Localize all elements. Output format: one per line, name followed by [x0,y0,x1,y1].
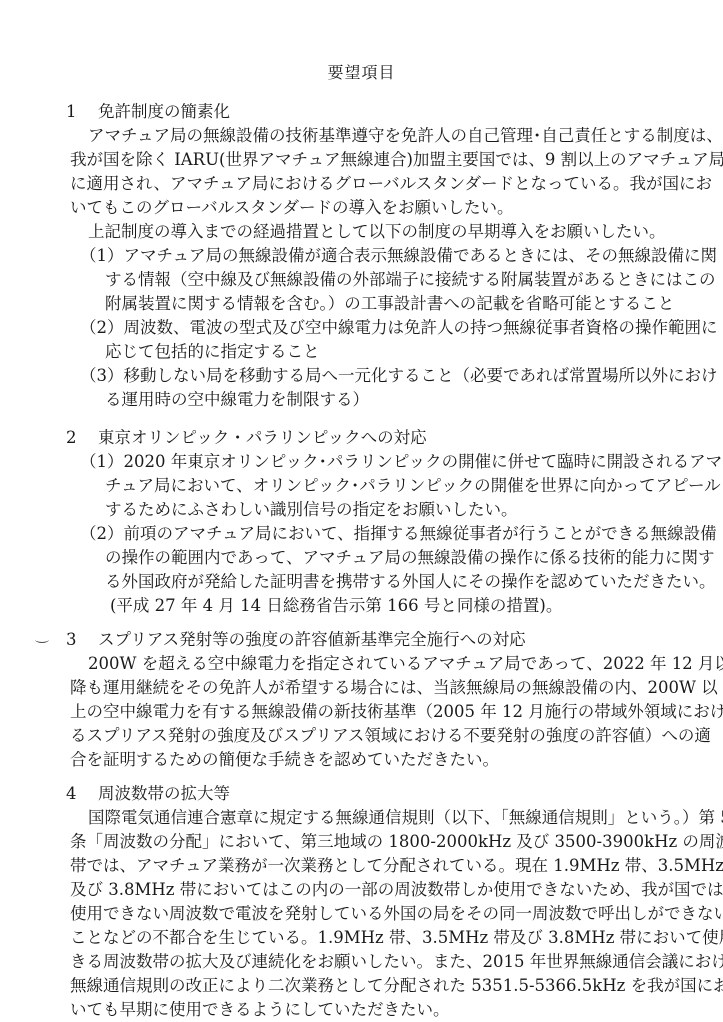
section-title: 周波数帯の拡大等 [98,784,230,803]
paragraph-line: 条「周波数の分配」において、第三地域の 1800-2000kHz 及び 3500… [70,832,723,852]
scan-speck [240,1004,242,1006]
section-heading-2: 2東京オリンピック・パラリンピックへの対応 [66,428,427,448]
list-item-line: る運用時の空中線電力を制限する） [105,390,369,410]
section-title: 免許制度の簡素化 [98,102,230,121]
paragraph-line: ことなどの不都合を生じている。1.9MHz 帯、3.5MHz 帯及び 3.8MH… [70,928,723,948]
paragraph-line: 降も運用継続をその免許人が希望する場合には、当該無線局の無線設備の内、200W … [70,678,718,698]
list-item-line: （1）アマチュア局の無線設備が適合表示無線設備であるときには、その無線設備に関 [80,246,717,266]
paragraph-line: 無線通信規則の改正により二次業務として分配された 5351.5-5366.5kH… [70,976,723,996]
section-number: 1 [66,102,98,122]
section-heading-1: 1免許制度の簡素化 [66,102,230,122]
paragraph-line: 使用できない周波数で電波を発射している外国の局をその同一周波数で呼出しができない [70,904,723,924]
paragraph-line: 合を証明するための簡便な手続きを認めていただきたい。 [70,750,499,770]
paragraph-line: 200W を超える空中線電力を指定されているアマチュア局であって、2022 年 … [88,654,723,674]
paragraph-line: るスプリアス発射の強度及びスプリアス領域における不要発射の強度の許容値）への適 [70,726,711,746]
section-heading-4: 4周波数帯の拡大等 [66,784,230,804]
page-title: 要望項目 [0,60,723,83]
list-item-line: （2）前項のアマチュア局において、指揮する無線従事者が行うことができる無線設備 [80,524,717,544]
paragraph-line: 上記制度の導入までの経過措置として以下の制度の早期導入をお願いしたい。 [88,222,666,242]
list-item-line: 応じて包括的に指定すること [105,342,320,362]
paragraph-line: いても早期に使用できるようにしていただきたい。 [70,1000,450,1020]
document-page: 要望項目 1免許制度の簡素化 アマチュア局の無線設備の技術基準遵守を免許人の自己… [0,0,723,1022]
paragraph-line: 帯では、アマチュア業務が一次業務として分配されている。現在 1.9MHz 帯、3… [70,856,723,876]
paragraph-line: 我が国を除く IARU(世界アマチュア無線連合)加盟主要国では、9 割以上のアマ… [70,150,723,170]
section-title: スプリアス発射等の強度の許容値新基準完全施行への対応 [98,630,526,649]
list-item-line: （3）移動しない局を移動する局へ一元化すること（必要であれば常置場所以外におけ [80,366,718,386]
paragraph-line: に適用され、アマチュア局におけるグローバルスタンダードとなっている。我が国にお [70,174,712,194]
list-item-line: の操作の範囲内であって、アマチュア局の無線設備の操作に係る技術的能力に関す [105,548,715,568]
list-item-line: 附属装置に関する情報を含む。）の工事設計書への記載を省略可能とすること [105,294,674,314]
paragraph-line: 上の空中線電力を有する無線設備の新技術基準（2005 年 12 月施行の帯域外領… [70,702,723,722]
list-item-line: （2）周波数、電波の型式及び空中線電力は免許人の持つ無線従事者資格の操作範囲に [80,318,718,338]
paragraph-line: 国際電気通信連合憲章に規定する無線通信規則（以下、「無線通信規則」という。）第 … [88,808,723,828]
section-number: 3 [66,630,98,650]
section-number: 2 [66,428,98,448]
margin-mark [35,636,49,643]
list-item-line: る外国政府が発給した証明書を携帯する外国人にその操作を認めていただきたい。 [105,572,716,592]
list-item-line: （1）2020 年東京オリンピック･パラリンピックの開催に併せて臨時に開設される… [80,452,722,472]
section-heading-3: 3スプリアス発射等の強度の許容値新基準完全施行への対応 [66,630,526,650]
paragraph-line: きる周波数帯の拡大及び連続化をお願いしたい。また、2015 年世界無線通信会議に… [70,952,723,972]
section-title: 東京オリンピック・パラリンピックへの対応 [98,428,427,447]
list-item-line: (平成 27 年 4 月 14 日総務省告示第 166 号と同様の措置)。 [110,596,562,616]
list-item-line: するためにふさわしい識別信号の指定をお願いしたい。 [105,500,518,520]
paragraph-line: いてもこのグローバルスタンダードの導入をお願いしたい。 [70,198,514,218]
paragraph-line: アマチュア局の無線設備の技術基準遵守を免許人の自己管理･自己責任とする制度は、 [88,126,723,146]
section-number: 4 [66,784,98,804]
list-item-line: チュア局において、オリンピック･パラリンピックの開催を世界に向かってアピール [105,476,721,496]
paragraph-line: 及び 3.8MHz 帯においてはこの内の一部の周波数帯しか使用できないため、我が… [70,880,723,900]
list-item-line: する情報（空中線及び無線設備の外部端子に接続する附属装置があるときにはこの [105,270,716,290]
